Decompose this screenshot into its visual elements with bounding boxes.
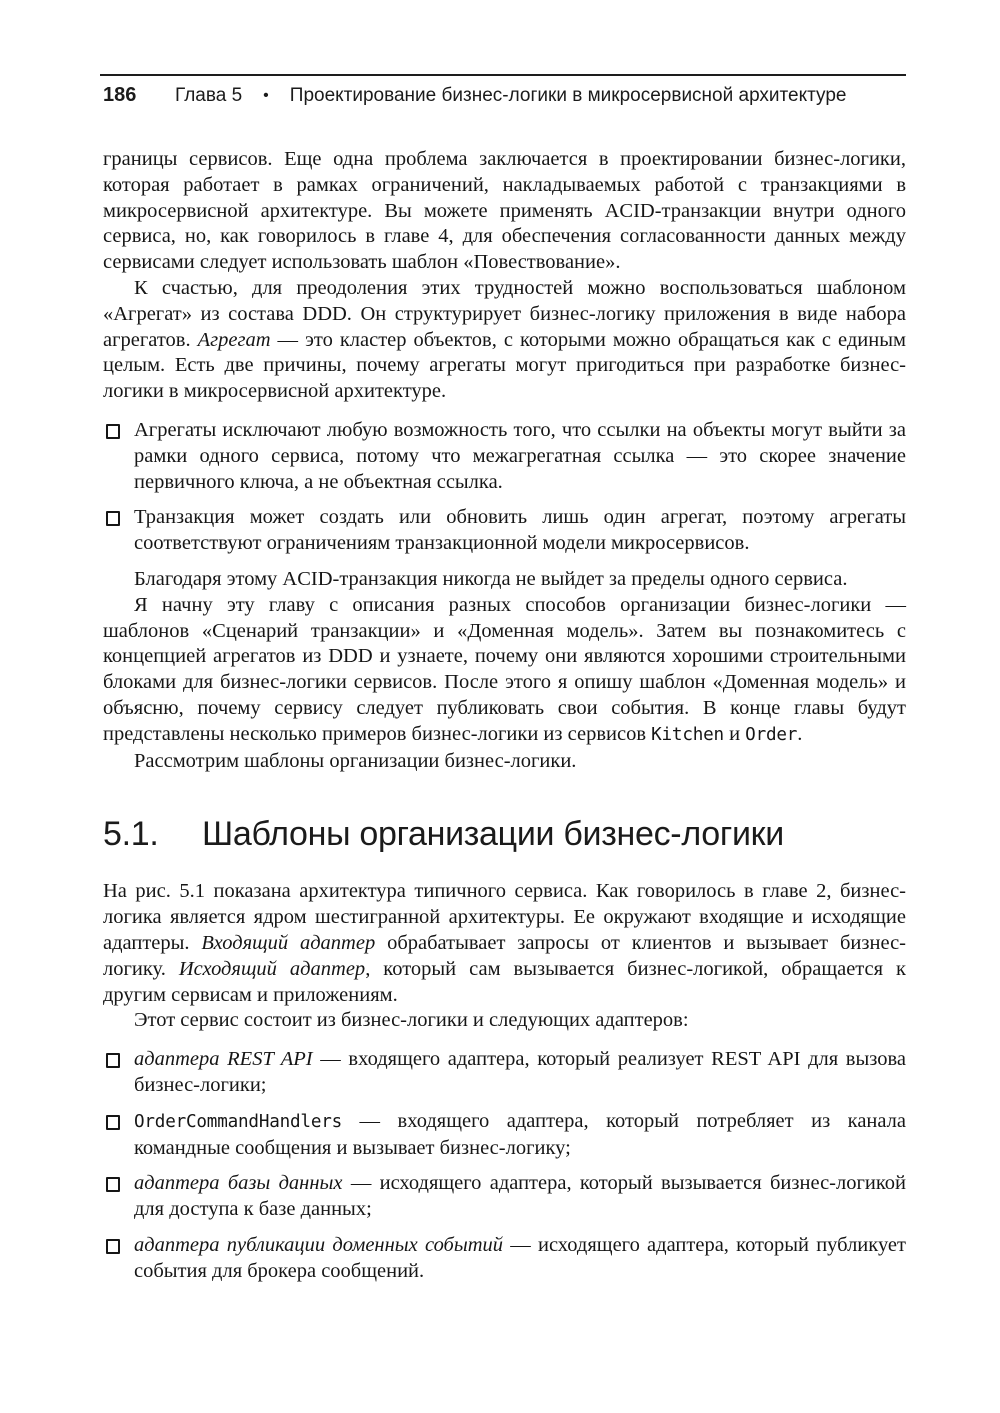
page-content: границы сервисов. Еще одна проблема закл… (103, 147, 906, 1294)
chapter-title: Проектирование бизнес-логики в микросерв… (290, 85, 847, 107)
bullet-square-icon (106, 1053, 120, 1068)
bullet-square-icon (106, 424, 120, 439)
list-item: адаптера базы данных — исходящего адапте… (103, 1171, 906, 1223)
text-segment: . (797, 723, 802, 745)
text-segment: границы сервисов. Еще одна проблема закл… (103, 148, 906, 273)
text-segment: Order (745, 725, 797, 745)
paragraph: Я начну эту главу с описания разных спос… (103, 593, 906, 749)
book-page: 186 Глава 5 • Проектирование бизнес-логи… (0, 0, 1000, 1413)
section-number: 5.1. (103, 814, 202, 854)
text-segment: Транзакция может создать или обновить ли… (134, 506, 906, 554)
text-segment: Kitchen (651, 725, 724, 745)
text-segment: OrderCommandHandlers (134, 1112, 342, 1132)
list-item: адаптера публикации доменных событий — и… (103, 1233, 906, 1285)
text-segment: Исходящий адаптер (179, 958, 365, 980)
text-segment: адаптера REST API (134, 1048, 313, 1070)
running-header: 186 Глава 5 • Проектирование бизнес-логи… (103, 84, 906, 107)
paragraph: Благодаря этому ACID-транзакция никогда … (103, 567, 906, 593)
list-item: OrderCommandHandlers — входящего адаптер… (103, 1109, 906, 1162)
text-segment: Агрегаты исключают любую возможность тог… (134, 419, 906, 493)
bullet-list: адаптера REST API — входящего адаптера, … (103, 1047, 906, 1284)
text-segment: Агрегат (198, 329, 271, 351)
header-bullet-separator: • (263, 87, 269, 105)
bullet-square-icon (106, 1239, 120, 1254)
paragraph: На рис. 5.1 показана архитектура типично… (103, 879, 906, 1008)
list-item: Агрегаты исключают любую возможность тог… (103, 418, 906, 495)
bullet-square-icon (106, 1115, 120, 1130)
text-segment: Рассмотрим шаблоны организации бизнес-ло… (134, 750, 576, 772)
text-segment: адаптера базы данных (134, 1172, 343, 1194)
header-rule (100, 74, 906, 76)
bullet-list: Агрегаты исключают любую возможность тог… (103, 418, 906, 557)
paragraph: Рассмотрим шаблоны организации бизнес-ло… (103, 749, 906, 775)
section-title: Шаблоны организации бизнес-логики (202, 814, 784, 854)
text-segment: Входящий адаптер (201, 932, 375, 954)
paragraph: границы сервисов. Еще одна проблема закл… (103, 147, 906, 276)
list-item: адаптера REST API — входящего адаптера, … (103, 1047, 906, 1099)
text-segment: адаптера публикации доменных событий (134, 1234, 503, 1256)
bullet-square-icon (106, 1177, 120, 1192)
section-heading: 5.1.Шаблоны организации бизнес-логики (103, 814, 906, 854)
list-item: Транзакция может создать или обновить ли… (103, 505, 906, 557)
paragraph: К счастью, для преодоления этих трудност… (103, 276, 906, 405)
text-segment: и (724, 723, 745, 745)
page-number: 186 (103, 84, 175, 107)
paragraph: Этот сервис состоит из бизнес-логики и с… (103, 1008, 906, 1034)
text-segment: Этот сервис состоит из бизнес-логики и с… (134, 1009, 689, 1031)
chapter-label: Глава 5 (175, 85, 242, 107)
text-segment: Благодаря этому ACID-транзакция никогда … (134, 568, 847, 590)
bullet-square-icon (106, 511, 120, 526)
text-segment: Я начну эту главу с описания разных спос… (103, 594, 906, 745)
